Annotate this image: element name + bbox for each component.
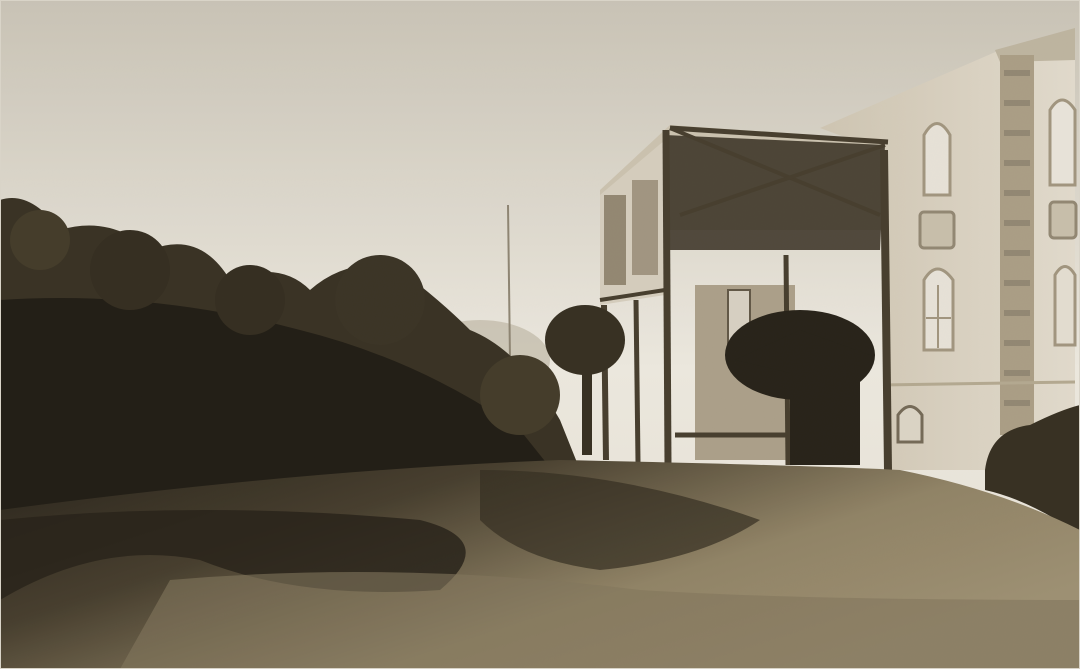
sepia-photograph <box>0 0 1080 669</box>
photo-scene <box>0 0 1080 669</box>
